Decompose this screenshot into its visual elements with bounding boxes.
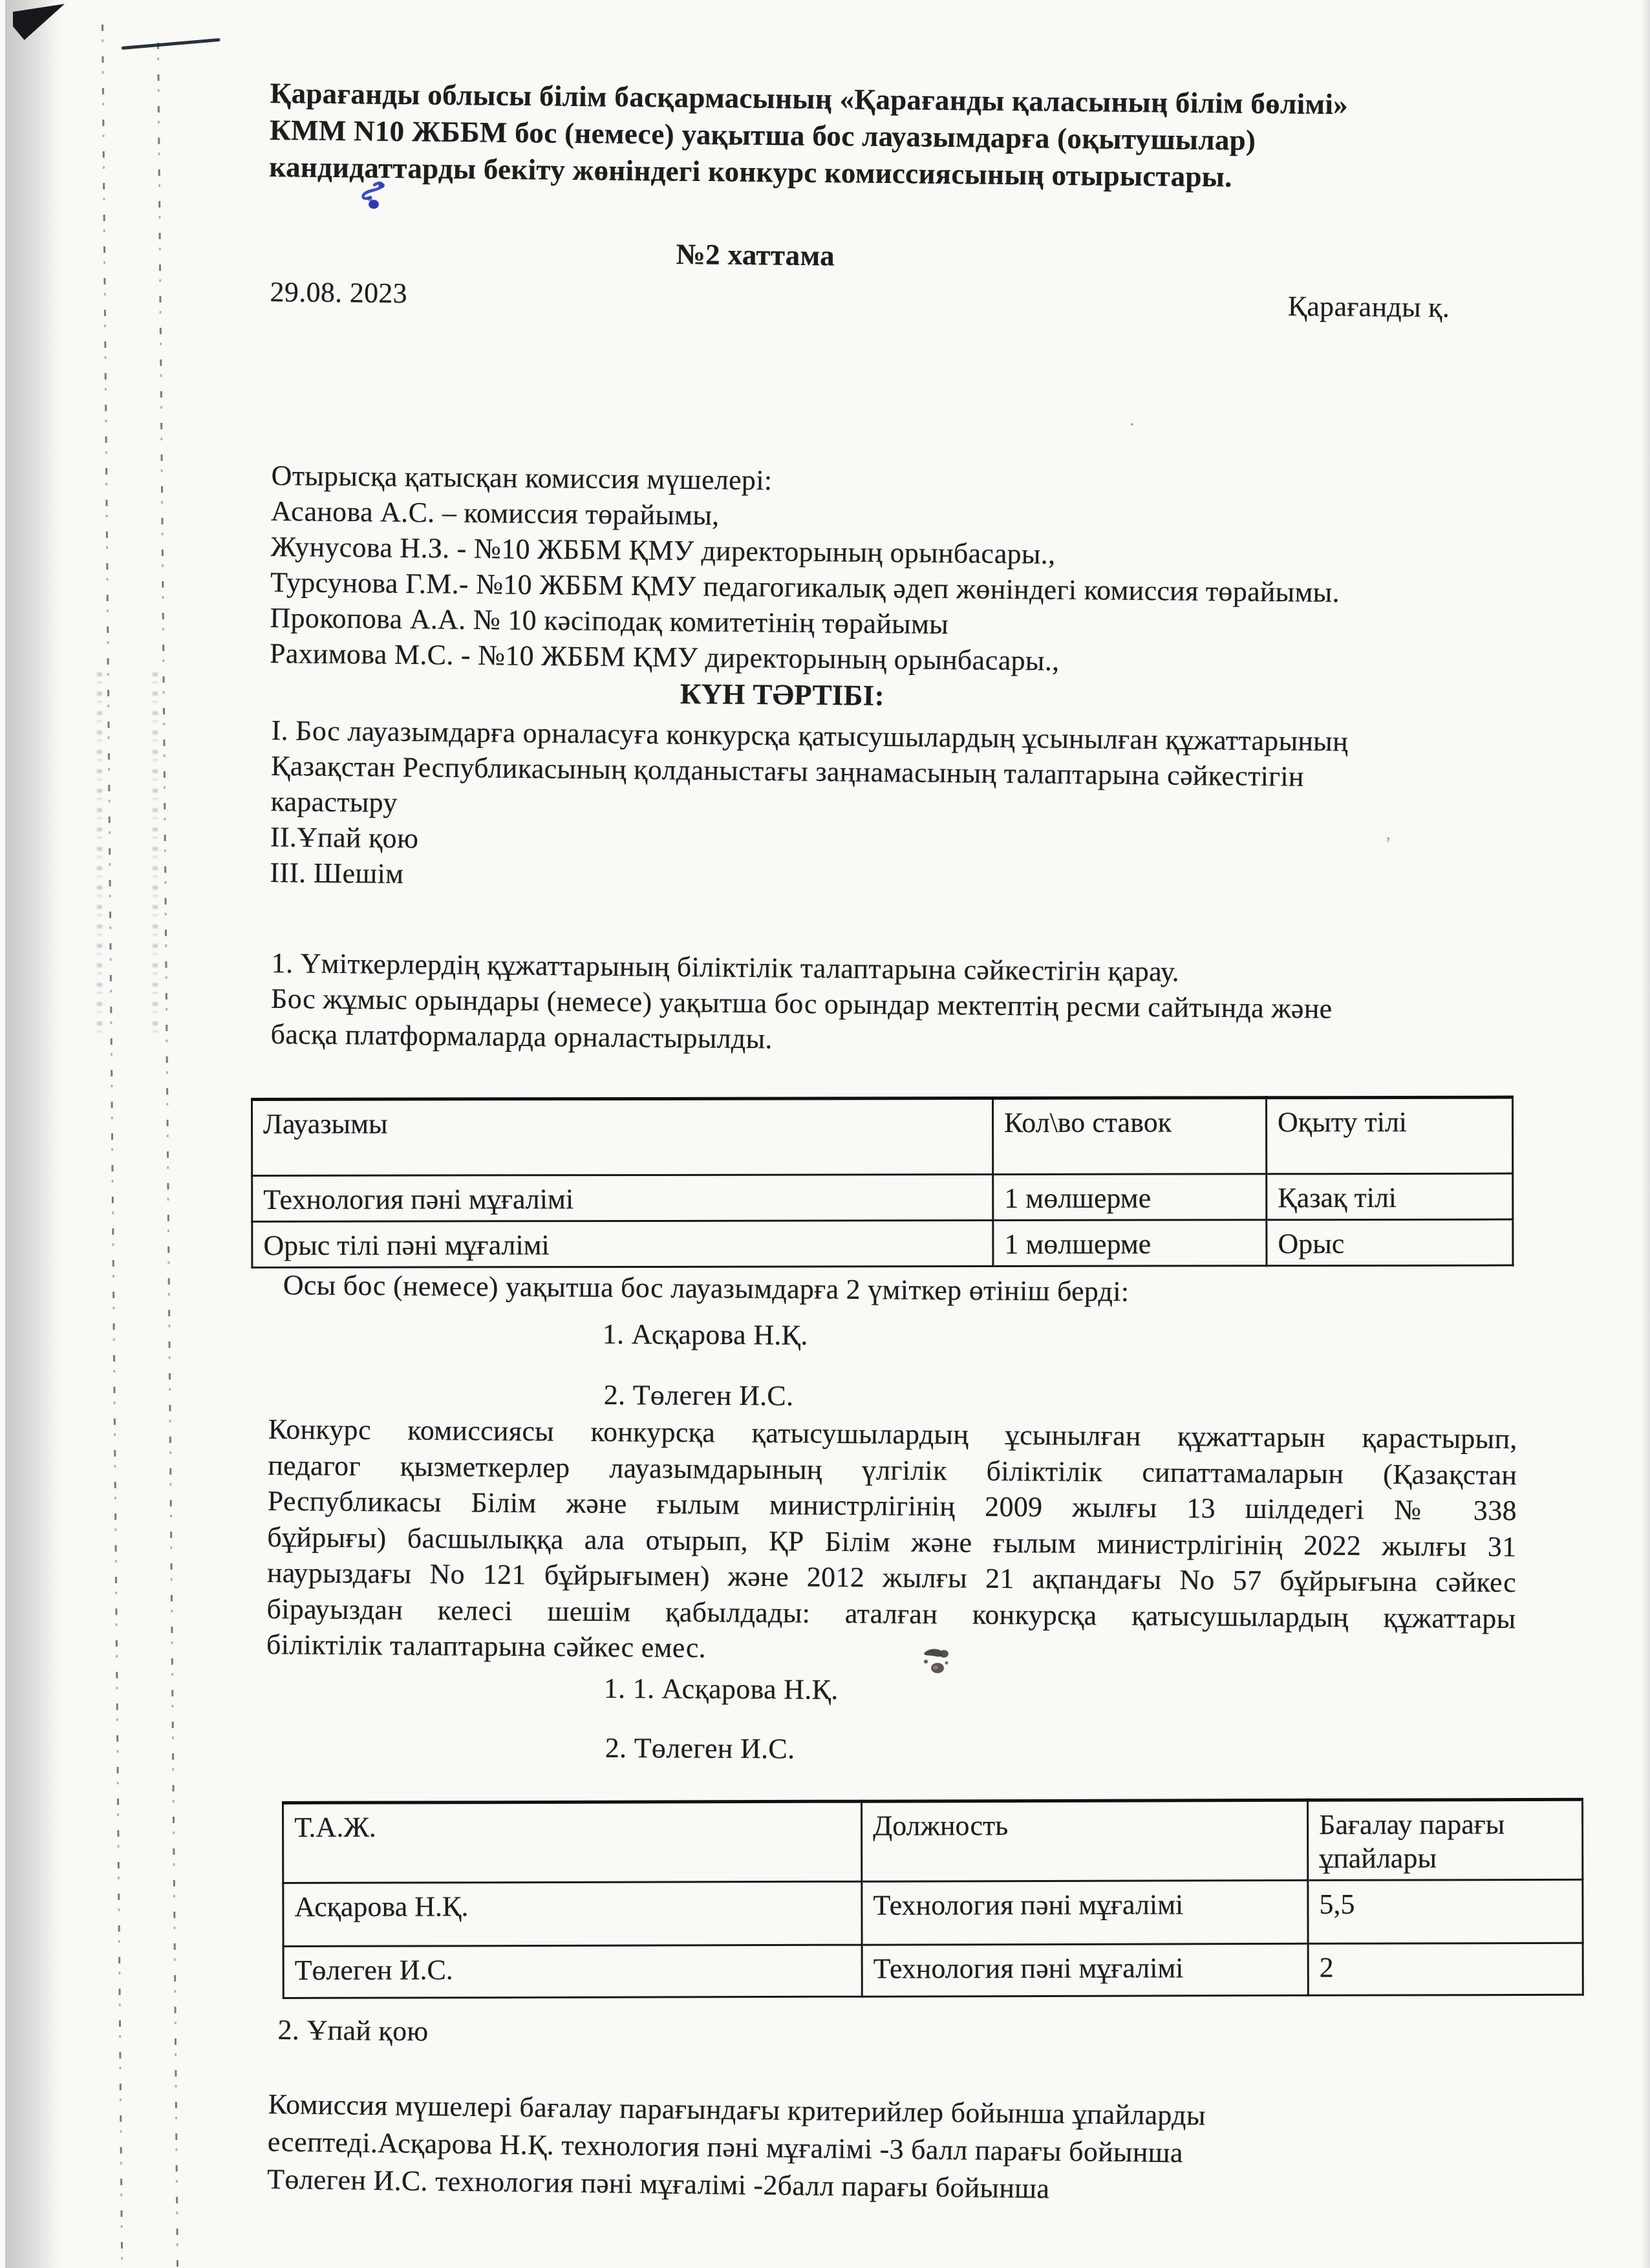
score-table-header: Т.А.Ж.: [283, 1801, 862, 1883]
applicant-item: 1. Асқарова Н.Қ.: [603, 1316, 808, 1353]
table-row: Технология пәні мұғалімі 1 мөлшерме Қаза…: [252, 1173, 1513, 1221]
vacancy-cell: 1 мөлшерме: [993, 1174, 1267, 1221]
fold-dotted-line-left: [102, 25, 123, 2268]
protocol-date: 29.08. 2023: [270, 274, 407, 311]
ink-bleed-smudge: [97, 672, 102, 1034]
score-table-header: Бағалау парағы ұпайлары: [1308, 1799, 1583, 1880]
score-cell: Технология пәні мұғалімі: [862, 1943, 1308, 1996]
ink-bleed-smudge: [153, 672, 158, 1034]
agenda-list: I. Бос лауазымдарға орналасуға конкурсқа…: [270, 712, 1348, 901]
vacancy-cell: Орыс тілі пәні мұғалімі: [252, 1220, 993, 1267]
section2-heading: 2. Ұпай қою: [277, 2012, 429, 2049]
applicants-intro: Осы бос (немесе) уақытша бос лауазымдарғ…: [283, 1267, 1130, 1309]
section1-paragraph: 1. Үміткерлердің құжаттарының біліктілік…: [270, 945, 1333, 1062]
score-cell: Төлеген И.С.: [283, 1945, 862, 1998]
vacancy-cell: Қазақ тілі: [1267, 1173, 1513, 1220]
protocol-number: №2 хаттама: [676, 237, 835, 274]
vacancy-cell: 1 мөлшерме: [993, 1220, 1267, 1267]
scan-speck: ’: [1385, 833, 1391, 855]
vacancy-table-header: Кол\во ставок: [993, 1098, 1267, 1175]
attendees-list: Отырысқа қатысқан комиссия мүшелері: Аса…: [270, 458, 1341, 681]
score-cell: Технология пәні мұғалімі: [862, 1880, 1308, 1945]
decision-list-item: 2. Төлеген И.С.: [605, 1730, 795, 1767]
scan-right-shadow: [1641, 0, 1650, 2268]
agenda-heading: КҮН ТӘРТІБІ:: [680, 676, 885, 714]
vacancy-table: Лауазымы Кол\во ставок Оқыту тілі Технол…: [251, 1096, 1514, 1268]
document-title: Қарағанды облысы білім басқармасының «Қа…: [269, 75, 1348, 197]
vacancy-cell: Орыс: [1267, 1219, 1513, 1266]
ink-blot: [918, 1647, 961, 1689]
scan-edge-shadow: [5, 0, 61, 2268]
scanned-document-page: ’ · Қарағанды облысы білім басқармасының…: [0, 0, 1650, 2268]
fold-dotted-line-right: [157, 43, 178, 2268]
decision-list-item: 1. 1. Асқарова Н.Қ.: [604, 1671, 839, 1707]
scan-speck: ·: [1129, 414, 1135, 436]
table-row: Төлеген И.С. Технология пәні мұғалімі 2: [283, 1943, 1583, 1998]
table-row: Асқарова Н.Қ. Технология пәні мұғалімі 5…: [283, 1879, 1583, 1946]
decision-paragraph: Конкурс комиссиясы конкурсқа қатысушылар…: [266, 1411, 1517, 1673]
score-table-header: Должность: [862, 1800, 1308, 1881]
protocol-city: Қарағанды қ.: [1288, 288, 1450, 325]
vacancy-table-header: Оқыту тілі: [1267, 1097, 1513, 1174]
vacancy-table-header: Лауазымы: [252, 1098, 993, 1175]
score-table: Т.А.Ж. Должность Бағалау парағы ұпайлары…: [282, 1798, 1584, 1999]
pen-stroke-mark: [122, 38, 220, 50]
score-cell: 2: [1308, 1943, 1583, 1995]
table-row: Орыс тілі пәні мұғалімі 1 мөлшерме Орыс: [252, 1219, 1513, 1267]
score-cell: 5,5: [1308, 1879, 1583, 1943]
scoring-paragraph: Комиссия мүшелері бағалау парағындағы кр…: [267, 2086, 1206, 2210]
score-cell: Асқарова Н.Қ.: [283, 1881, 862, 1946]
vacancy-cell: Технология пәні мұғалімі: [252, 1174, 993, 1221]
applicant-item: 2. Төлеген И.С.: [604, 1377, 794, 1414]
